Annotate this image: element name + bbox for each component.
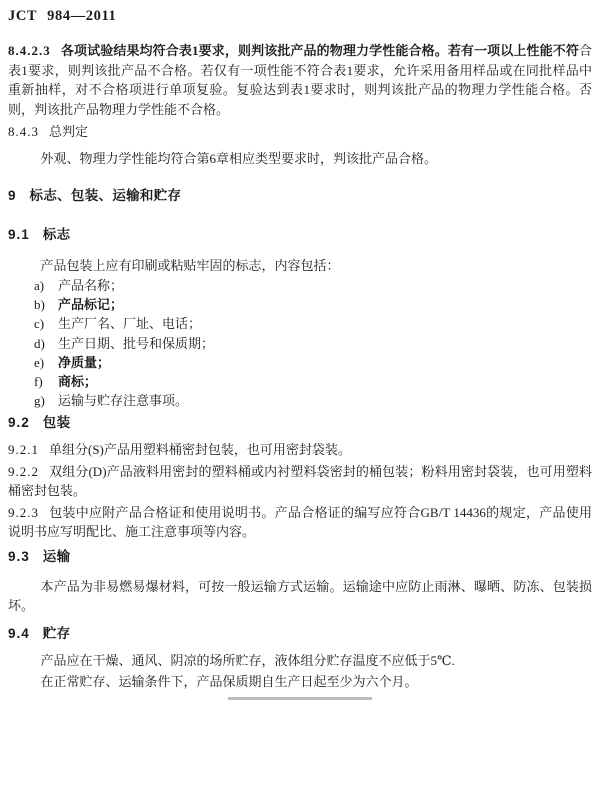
section-number: 9 — [8, 188, 17, 203]
section-9-4-heading: 9.4贮存 — [8, 624, 592, 643]
clause-number: 8.4.3 — [8, 124, 39, 139]
list-item-a: a)产品名称； — [34, 276, 592, 295]
section-9-2-heading: 9.2包装 — [8, 413, 592, 432]
item-text: 净质量； — [58, 353, 110, 372]
list-item-b: b)产品标记； — [34, 295, 592, 314]
item-letter: f) — [34, 372, 58, 391]
section-9-heading: 9标志、包装、运输和贮存 — [8, 186, 592, 205]
section-number: 9.2 — [8, 415, 30, 430]
clause-number: 9.2.3 — [8, 505, 39, 520]
clause-number: 9.2.1 — [8, 442, 39, 457]
standard-number: JCT 984—2011 — [8, 8, 592, 25]
item-letter: b) — [34, 295, 58, 314]
list-item-c: c)生产厂名、厂址、电话； — [34, 314, 592, 333]
section-9-1-heading: 9.1标志 — [8, 225, 592, 244]
end-of-document-rule — [228, 697, 372, 700]
list-item-e: e)净质量； — [34, 353, 592, 372]
clause-8-4-2-3: 8.4.2.3各项试验结果均符合表1要求，则判该批产品的物理力学性能合格。若有一… — [8, 41, 592, 119]
section-number: 9.3 — [8, 549, 30, 564]
section-number: 9.4 — [8, 626, 30, 641]
section-title: 标志 — [43, 227, 71, 242]
marking-intro: 产品包装上应有印刷或粘贴牢固的标志，内容包括： — [8, 256, 592, 276]
clause-9-2-2: 9.2.2双组分(D)产品液料用密封的塑料桶或内衬塑料袋密封的桶包装；粉料用密封… — [8, 462, 592, 501]
clause-text: 双组分(D)产品液料用密封的塑料桶或内衬塑料袋密封的桶包装；粉料用密封袋装，也可… — [8, 464, 592, 499]
list-item-f: f)商标； — [34, 372, 592, 391]
item-text: 产品名称； — [58, 276, 123, 295]
item-text: 生产日期、批号和保质期； — [58, 334, 214, 353]
section-title: 包装 — [43, 415, 71, 430]
item-text: 运输与贮存注意事项。 — [58, 391, 188, 410]
item-text: 产品标记； — [58, 295, 123, 314]
section-title: 标志、包装、运输和贮存 — [30, 188, 182, 203]
section-title: 运输 — [43, 549, 71, 564]
clause-number: 8.4.2.3 — [8, 43, 51, 58]
clause-text: 单组分(S)产品用塑料桶密封包装，也可用密封袋装。 — [49, 442, 351, 457]
item-letter: g) — [34, 391, 58, 410]
clause-9-2-3: 9.2.3包装中应附产品合格证和使用说明书。产品合格证的编写应符合GB/T 14… — [8, 503, 592, 542]
item-letter: e) — [34, 353, 58, 372]
storage-text-2: 在正常贮存、运输条件下，产品保质期自生产日起至少为六个月。 — [8, 672, 592, 692]
clause-9-2-1: 9.2.1单组分(S)产品用塑料桶密封包装，也可用密封袋装。 — [8, 440, 592, 460]
clause-8-4-3-text: 外观、物理力学性能均符合第6章相应类型要求时，判该批产品合格。 — [8, 149, 592, 169]
clause-title: 总判定 — [49, 124, 88, 139]
item-letter: c) — [34, 314, 58, 333]
document-page: JCT 984—2011 8.4.2.3各项试验结果均符合表1要求，则判该批产品… — [0, 0, 600, 800]
clause-text: 包装中应附产品合格证和使用说明书。产品合格证的编写应符合GB/T 14436的规… — [8, 505, 592, 540]
item-text: 生产厂名、厂址、电话； — [58, 314, 201, 333]
item-letter: d) — [34, 334, 58, 353]
item-text: 商标； — [58, 372, 97, 391]
section-title: 贮存 — [43, 626, 71, 641]
item-letter: a) — [34, 276, 58, 295]
clause-number: 9.2.2 — [8, 464, 39, 479]
section-number: 9.1 — [8, 227, 30, 242]
list-item-g: g)运输与贮存注意事项。 — [34, 391, 592, 410]
clause-8-4-3-heading: 8.4.3总判定 — [8, 123, 592, 141]
clause-lead-text: 各项试验结果均符合表1要求，则判该批产品的物理力学性能合格。若有一项以上性能不符 — [61, 43, 579, 58]
list-item-d: d)生产日期、批号和保质期； — [34, 334, 592, 353]
transport-text: 本产品为非易燃易爆材料，可按一般运输方式运输。运输途中应防止雨淋、曝晒、防冻、包… — [8, 577, 592, 616]
section-9-3-heading: 9.3运输 — [8, 547, 592, 566]
storage-text-1: 产品应在干燥、通风、阴凉的场所贮存，液体组分贮存温度不应低于5℃. — [8, 651, 592, 671]
marking-list: a)产品名称； b)产品标记； c)生产厂名、厂址、电话； d)生产日期、批号和… — [8, 276, 592, 410]
